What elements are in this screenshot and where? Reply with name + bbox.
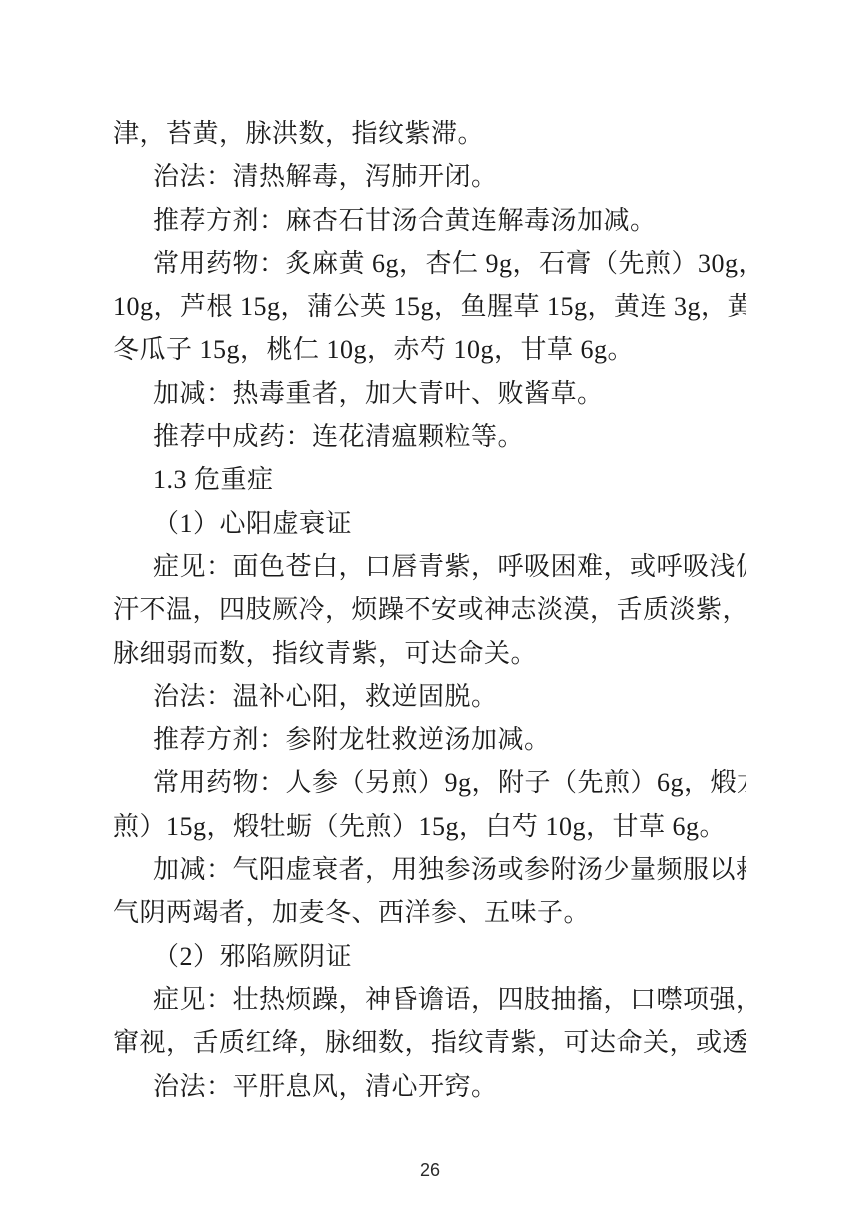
text-line: 冬瓜子 15g，桃仁 10g，赤芍 10g，甘草 6g。 bbox=[113, 328, 746, 371]
text-line: （2）邪陷厥阴证 bbox=[113, 935, 746, 978]
text-line: 加减：气阳虚衰者，用独参汤或参附汤少量频服以救急； bbox=[113, 848, 746, 891]
text-line: 症见：壮热烦躁，神昏谵语，四肢抽搐，口噤项强，两目 bbox=[113, 978, 746, 1021]
text-line: 治法：温补心阳，救逆固脱。 bbox=[113, 675, 746, 718]
text-line: 治法：平肝息风，清心开窍。 bbox=[113, 1065, 746, 1108]
text-line: 津，苔黄，脉洪数，指纹紫滞。 bbox=[113, 112, 746, 155]
text-line: 治法：清热解毒，泻肺开闭。 bbox=[113, 155, 746, 198]
text-line: （1）心阳虚衰证 bbox=[113, 502, 746, 545]
text-line: 煎）15g，煅牡蛎（先煎）15g，白芍 10g，甘草 6g。 bbox=[113, 805, 746, 848]
page-number: 26 bbox=[420, 1160, 440, 1180]
text-line: 脉细弱而数，指纹青紫，可达命关。 bbox=[113, 632, 746, 675]
page-footer: 26 bbox=[0, 1160, 860, 1180]
text-line: 推荐方剂：麻杏石甘汤合黄连解毒汤加减。 bbox=[113, 199, 746, 242]
text-line: 推荐中成药：连花清瘟颗粒等。 bbox=[113, 415, 746, 458]
text-line: 常用药物：炙麻黄 6g，杏仁 9g，石膏（先煎）30g，虎杖 bbox=[113, 242, 746, 285]
document-body: 津，苔黄，脉洪数，指纹紫滞。治法：清热解毒，泻肺开闭。推荐方剂：麻杏石甘汤合黄连… bbox=[113, 112, 746, 1108]
text-line: 推荐方剂：参附龙牡救逆汤加减。 bbox=[113, 718, 746, 761]
text-line: 气阴两竭者，加麦冬、西洋参、五味子。 bbox=[113, 891, 746, 934]
document-page: 津，苔黄，脉洪数，指纹紫滞。治法：清热解毒，泻肺开闭。推荐方剂：麻杏石甘汤合黄连… bbox=[0, 0, 860, 1216]
text-line: 症见：面色苍白，口唇青紫，呼吸困难，或呼吸浅促，额 bbox=[113, 545, 746, 588]
text-line: 窜视，舌质红绛，脉细数，指纹青紫，可达命关，或透关射甲。 bbox=[113, 1021, 746, 1064]
text-line: 10g，芦根 15g，蒲公英 15g，鱼腥草 15g，黄连 3g，黄芩 10g， bbox=[113, 285, 746, 328]
text-line: 常用药物：人参（另煎）9g，附子（先煎）6g，煅龙骨（先 bbox=[113, 761, 746, 804]
text-line: 加减：热毒重者，加大青叶、败酱草。 bbox=[113, 372, 746, 415]
text-line: 汗不温，四肢厥冷，烦躁不安或神志淡漠，舌质淡紫，苔薄白， bbox=[113, 588, 746, 631]
text-line: 1.3 危重症 bbox=[113, 458, 746, 501]
